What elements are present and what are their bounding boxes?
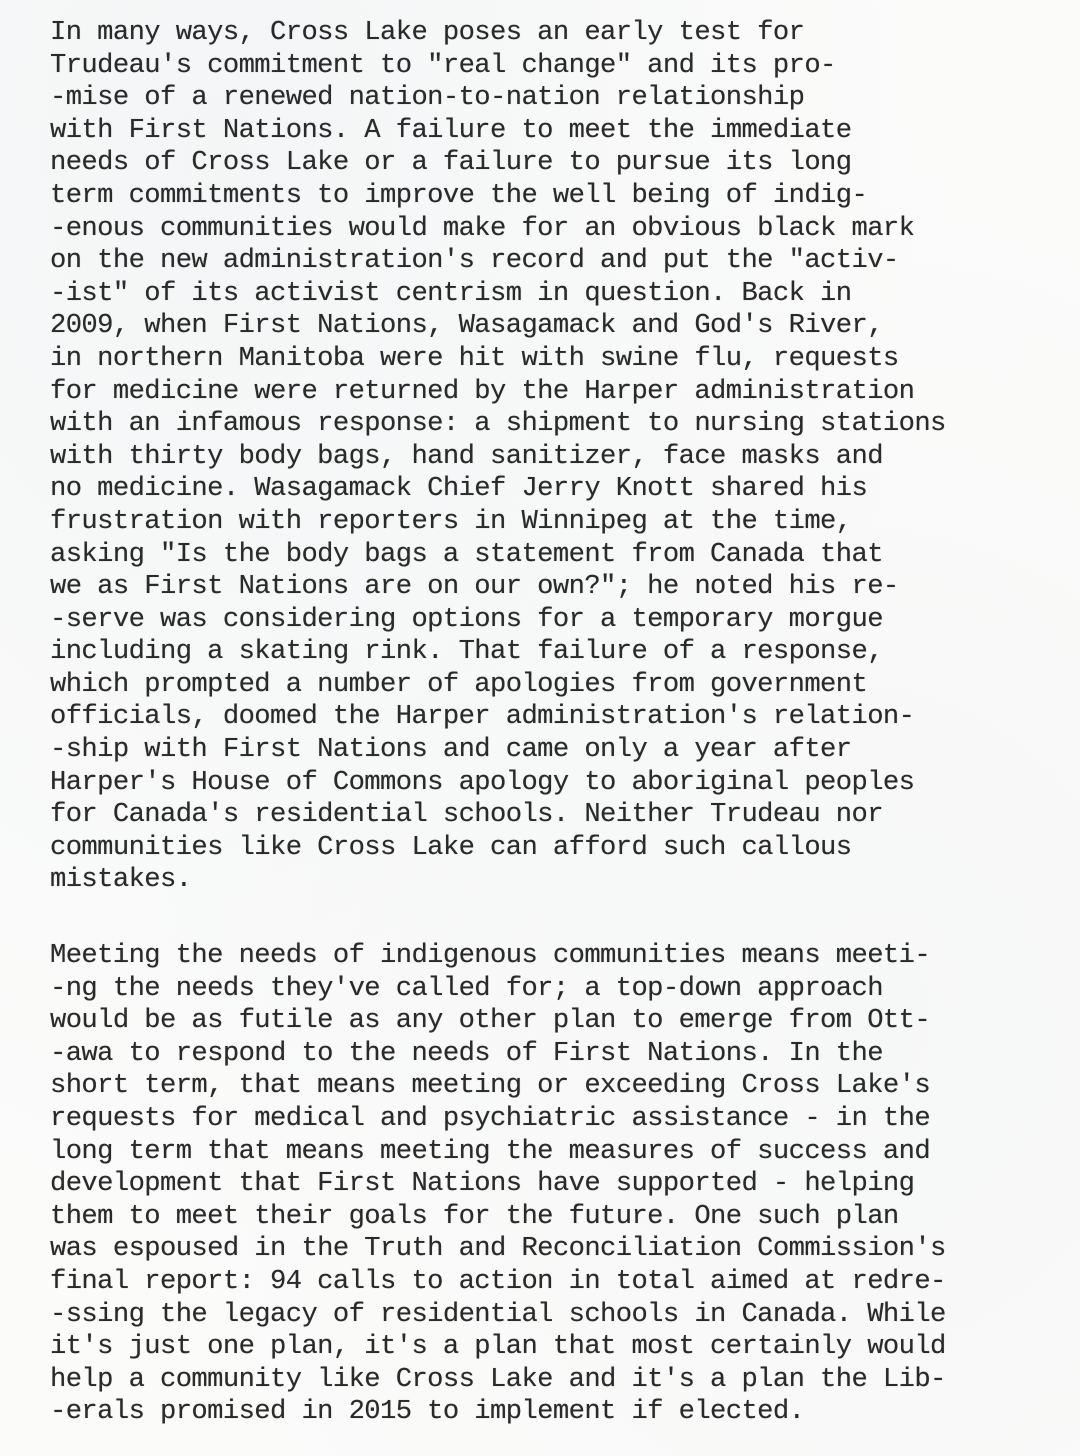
text-line: frustration with reporters in Winnipeg a… [50, 506, 946, 539]
text-line: final report: 94 calls to action in tota… [50, 1266, 946, 1299]
text-line: -ng the needs they've called for; a top-… [50, 973, 946, 1006]
text-line: communities like Cross Lake can afford s… [50, 832, 946, 865]
text-line: would be as futile as any other plan to … [50, 1005, 946, 1038]
typewritten-page: In many ways, Cross Lake poses an early … [0, 0, 1080, 1456]
text-line: short term, that means meeting or exceed… [50, 1070, 946, 1103]
text-line: officials, doomed the Harper administrat… [50, 701, 946, 734]
text-line: needs of Cross Lake or a failure to purs… [50, 147, 946, 180]
text-line: -erals promised in 2015 to implement if … [50, 1396, 946, 1429]
text-line: -ship with First Nations and came only a… [50, 734, 946, 767]
text-line: with First Nations. A failure to meet th… [50, 115, 946, 148]
text-line: -enous communities would make for an obv… [50, 213, 946, 246]
text-line: which prompted a number of apologies fro… [50, 669, 946, 702]
text-line: for Canada's residential schools. Neithe… [50, 799, 946, 832]
text-line: it's just one plan, it's a plan that mos… [50, 1331, 946, 1364]
paragraph-cross-lake-test: In many ways, Cross Lake poses an early … [50, 17, 946, 897]
text-line: 2009, when First Nations, Wasagamack and… [50, 310, 946, 343]
text-line: Meeting the needs of indigenous communit… [50, 940, 946, 973]
text-line: long term that means meeting the measure… [50, 1136, 946, 1169]
text-line: we as First Nations are on our own?"; he… [50, 571, 946, 604]
text-line: -serve was considering options for a tem… [50, 604, 946, 637]
text-line: with thirty body bags, hand sanitizer, f… [50, 441, 946, 474]
text-line: on the new administration's record and p… [50, 245, 946, 278]
text-line: help a community like Cross Lake and it'… [50, 1364, 946, 1397]
text-line: including a skating rink. That failure o… [50, 636, 946, 669]
text-line: was espoused in the Truth and Reconcilia… [50, 1233, 946, 1266]
text-line: in northern Manitoba were hit with swine… [50, 343, 946, 376]
text-line: Harper's House of Commons apology to abo… [50, 767, 946, 800]
paragraph-meeting-needs: Meeting the needs of indigenous communit… [50, 940, 946, 1429]
text-line: In many ways, Cross Lake poses an early … [50, 17, 946, 50]
text-line: term commitments to improve the well bei… [50, 180, 946, 213]
text-line: mistakes. [50, 864, 946, 897]
text-line: with an infamous response: a shipment to… [50, 408, 946, 441]
text-line: for medicine were returned by the Harper… [50, 376, 946, 409]
text-line: Trudeau's commitment to "real change" an… [50, 50, 946, 83]
text-line: requests for medical and psychiatric ass… [50, 1103, 946, 1136]
text-line: -ist" of its activist centrism in questi… [50, 278, 946, 311]
text-line: development that First Nations have supp… [50, 1168, 946, 1201]
text-line: -awa to respond to the needs of First Na… [50, 1038, 946, 1071]
text-line: -mise of a renewed nation-to-nation rela… [50, 82, 946, 115]
text-line: them to meet their goals for the future.… [50, 1201, 946, 1234]
text-line: no medicine. Wasagamack Chief Jerry Knot… [50, 473, 946, 506]
text-line: -ssing the legacy of residential schools… [50, 1299, 946, 1332]
text-line: asking "Is the body bags a statement fro… [50, 539, 946, 572]
